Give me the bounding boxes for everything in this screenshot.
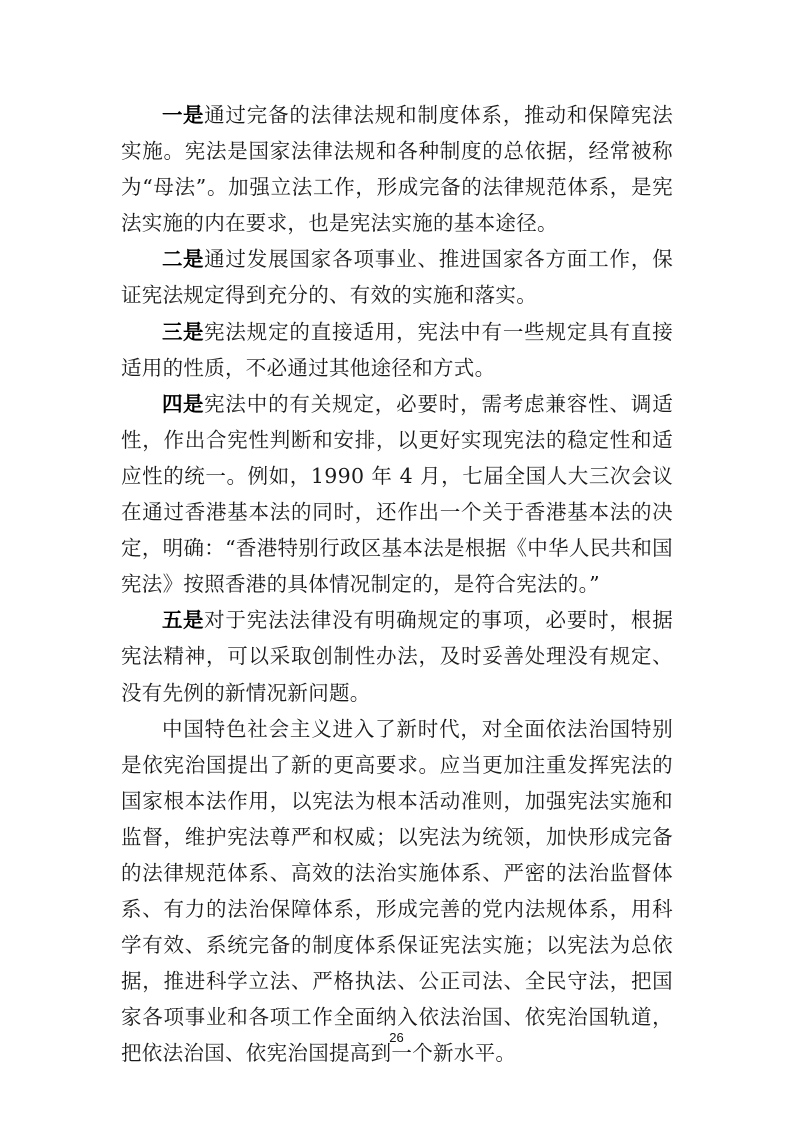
paragraph-text: 对于宪法法律没有明确规定的事项，必要时，根据宪法精神，可以采取创制性办法，及时妥… <box>121 608 673 704</box>
paragraph-point-two: 二是通过发展国家各项事业、推进国家各方面工作，保证宪法规定得到充分的、有效的实施… <box>121 241 673 313</box>
document-page: 一是通过完备的法律法规和制度体系，推动和保障宪法实施。宪法是国家法律法规和各种制… <box>0 0 793 1122</box>
paragraph-point-four: 四是宪法中的有关规定，必要时，需考虑兼容性、调适性，作出合宪性判断和安排，以更好… <box>121 386 673 603</box>
paragraph-conclusion: 中国特色社会主义进入了新时代，对全面依法治国特别是依宪治国提出了新的更高要求。应… <box>121 711 673 1072</box>
paragraph-point-five: 五是对于宪法法律没有明确规定的事项，必要时，根据宪法精神，可以采取创制性办法，及… <box>121 602 673 710</box>
paragraph-lead: 五是 <box>162 608 204 632</box>
paragraph-lead: 四是 <box>162 392 204 416</box>
paragraph-text: 通过完备的法律法规和制度体系，推动和保障宪法实施。宪法是国家法律法规和各种制度的… <box>121 103 673 235</box>
paragraph-text: 宪法规定的直接适用，宪法中有一些规定具有直接适用的性质，不必通过其他途径和方式。 <box>121 320 673 380</box>
page-number: 26 <box>0 1030 793 1045</box>
paragraph-point-three: 三是宪法规定的直接适用，宪法中有一些规定具有直接适用的性质，不必通过其他途径和方… <box>121 314 673 386</box>
paragraph-text: 通过发展国家各项事业、推进国家各方面工作，保证宪法规定得到充分的、有效的实施和落… <box>121 247 673 307</box>
paragraph-lead: 三是 <box>162 320 204 344</box>
paragraph-text: 中国特色社会主义进入了新时代，对全面依法治国特别是依宪治国提出了新的更高要求。应… <box>121 717 673 1066</box>
paragraph-lead: 二是 <box>162 247 204 271</box>
body-text: 一是通过完备的法律法规和制度体系，推动和保障宪法实施。宪法是国家法律法规和各种制… <box>121 97 673 1072</box>
paragraph-lead: 一是 <box>162 103 204 127</box>
paragraph-text: 宪法中的有关规定，必要时，需考虑兼容性、调适性，作出合宪性判断和安排，以更好实现… <box>121 392 673 596</box>
paragraph-point-one: 一是通过完备的法律法规和制度体系，推动和保障宪法实施。宪法是国家法律法规和各种制… <box>121 97 673 241</box>
